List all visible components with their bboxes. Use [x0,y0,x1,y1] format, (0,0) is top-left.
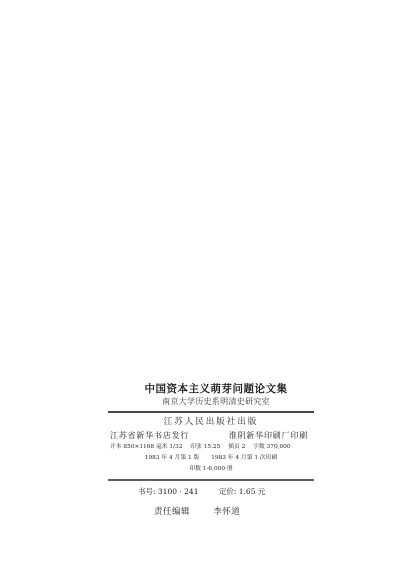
editor-label: 责任编辑 [154,507,190,517]
divider [108,411,314,413]
format-specs: 开本 850×1168 毫米 1/32 印张 15.25 插页 2 字数 370… [108,442,314,453]
edition-dates: 1983 年 4 月第 1 版 1983 年 4 月第 1 次印刷 [108,453,314,464]
first-printing: 1983 年 4 月第 1 次印刷 [211,455,277,461]
editor-name: 李怀道 [213,507,240,517]
spec-plates: 插页 2 [228,444,245,450]
print-run: 印数 1-6,000 册 [108,464,314,475]
book-title: 中国资本主义萌芽问题论文集 [118,382,314,396]
book-number: 书号: 3100 · 241 [138,487,198,496]
editor-row: 责任编辑 李怀道 [108,505,314,519]
price: 定价: 1.65 元 [219,487,266,496]
distributor: 江苏省新华书店发行 [110,429,189,442]
printer: 淮阴新华印刷厂印刷 [229,429,308,442]
spec-format: 开本 850×1168 毫米 1/32 [110,444,182,450]
spec-sheets: 印张 15.25 [190,444,220,450]
first-edition: 1983 年 4 月第 1 版 [145,455,200,461]
divider [108,479,314,481]
spec-word-count: 字数 370,000 [253,444,290,450]
colophon: 中国资本主义萌芽问题论文集 南京大学历史系明清史研究室 江苏人民出版社出版 江苏… [108,382,314,519]
distribution-row: 江苏省新华书店发行 淮阴新华印刷厂印刷 [108,429,314,442]
publisher: 江苏人民出版社出版 [108,416,314,429]
book-number-row: 书号: 3100 · 241 定价: 1.65 元 [108,485,314,498]
book-author: 南京大学历史系明清史研究室 [118,396,314,408]
